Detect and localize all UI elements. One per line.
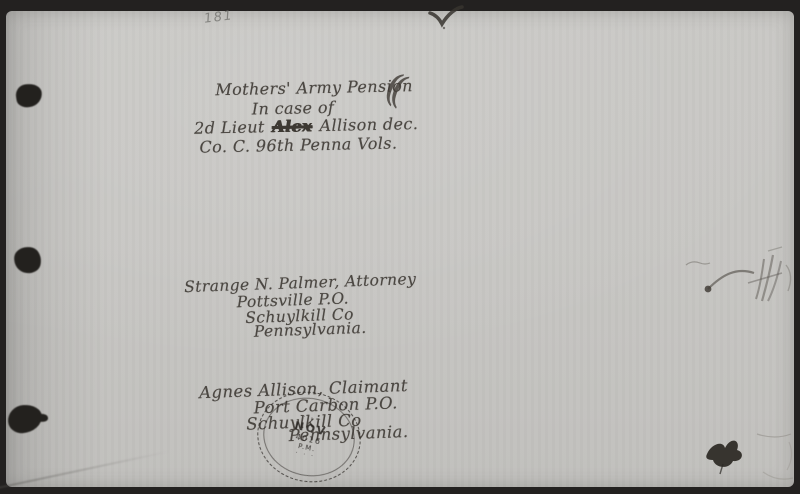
scanned-pension-document: 181 Mothers' Army Pension (( In case of … xyxy=(0,0,800,494)
struck-out-name: Alex xyxy=(270,116,314,136)
ink-blot-bottom-right xyxy=(693,428,800,492)
officer-rank: 2d Lieut xyxy=(194,117,265,137)
attorney-address-block: Strange N. Palmer, Attorney Pottsville P… xyxy=(182,268,424,348)
stamp-line: 4016 xyxy=(295,432,323,446)
attorney-state-line: Pennsylvania. xyxy=(253,319,366,341)
stamp-line: P.M. xyxy=(297,442,316,453)
ink-smudge-doodle xyxy=(678,243,800,315)
stamp-line: · · · xyxy=(295,450,316,461)
docket-unit-line: Co. C. 96th Penna Vols. xyxy=(199,133,397,156)
stamp-line: NOV xyxy=(293,419,328,439)
ink-check-mark xyxy=(424,4,468,30)
stamp-line: · · · xyxy=(303,413,324,424)
docket-block: Mothers' Army Pension (( In case of 2d L… xyxy=(189,73,461,169)
officer-name: Allison dec. xyxy=(319,114,418,135)
